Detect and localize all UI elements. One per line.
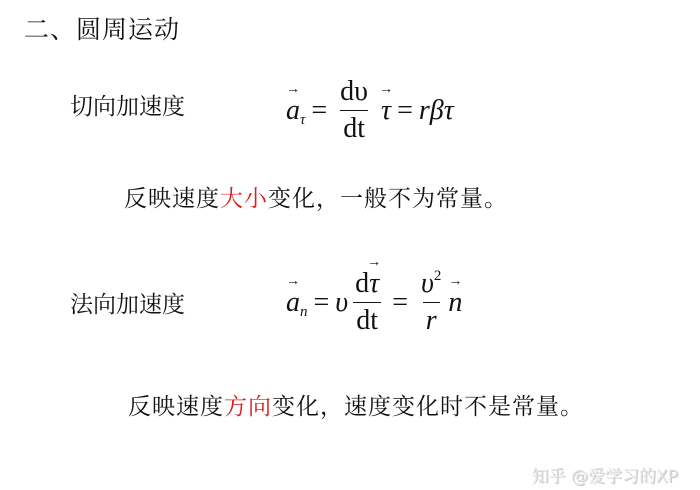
equals-sign: =	[392, 287, 408, 319]
rhs-r-beta-tau: rβτ	[419, 95, 454, 127]
desc-highlight: 大小	[220, 186, 268, 212]
equals-sign: =	[397, 95, 413, 127]
fraction-dtau-dt: dτ dt	[352, 268, 382, 337]
vector-a: a	[286, 95, 300, 127]
normal-description: 反映速度方向变化，速度变化时不是常量。	[128, 388, 584, 421]
fraction-v2-r: υ2 r	[418, 268, 444, 337]
denominator: dt	[340, 110, 368, 145]
normal-label: 法向加速度	[70, 286, 185, 319]
tangential-formula: a τ = dυ dt τ = rβτ	[286, 76, 454, 145]
vector-tau: τ	[381, 95, 391, 127]
section-title: 二、圆周运动	[24, 10, 180, 46]
denominator: dt	[353, 302, 381, 337]
desc-suffix: 变化，速度变化时不是常量。	[272, 394, 584, 420]
vector-n: n	[448, 287, 462, 319]
equals-sign: =	[314, 287, 330, 319]
numerator: d	[355, 268, 369, 299]
subscript-tau: τ	[300, 112, 305, 129]
subscript-n: n	[300, 304, 308, 321]
coefficient-v: υ	[335, 287, 348, 319]
desc-prefix: 反映速度	[124, 186, 220, 212]
numerator: dυ	[337, 76, 371, 110]
desc-prefix: 反映速度	[128, 394, 224, 420]
desc-highlight: 方向	[224, 394, 272, 420]
equals-sign: =	[311, 95, 327, 127]
tangential-description: 反映速度大小变化，一般不为常量。	[124, 180, 508, 213]
fraction-dv-dt: dυ dt	[337, 76, 371, 145]
desc-suffix: 变化，一般不为常量。	[268, 186, 508, 212]
tangential-label: 切向加速度	[70, 88, 185, 121]
watermark: 知乎 @爱学习的XP	[532, 462, 678, 487]
normal-formula: a n = υ dτ dt = υ2 r n	[286, 268, 462, 337]
vector-a: a	[286, 287, 300, 319]
